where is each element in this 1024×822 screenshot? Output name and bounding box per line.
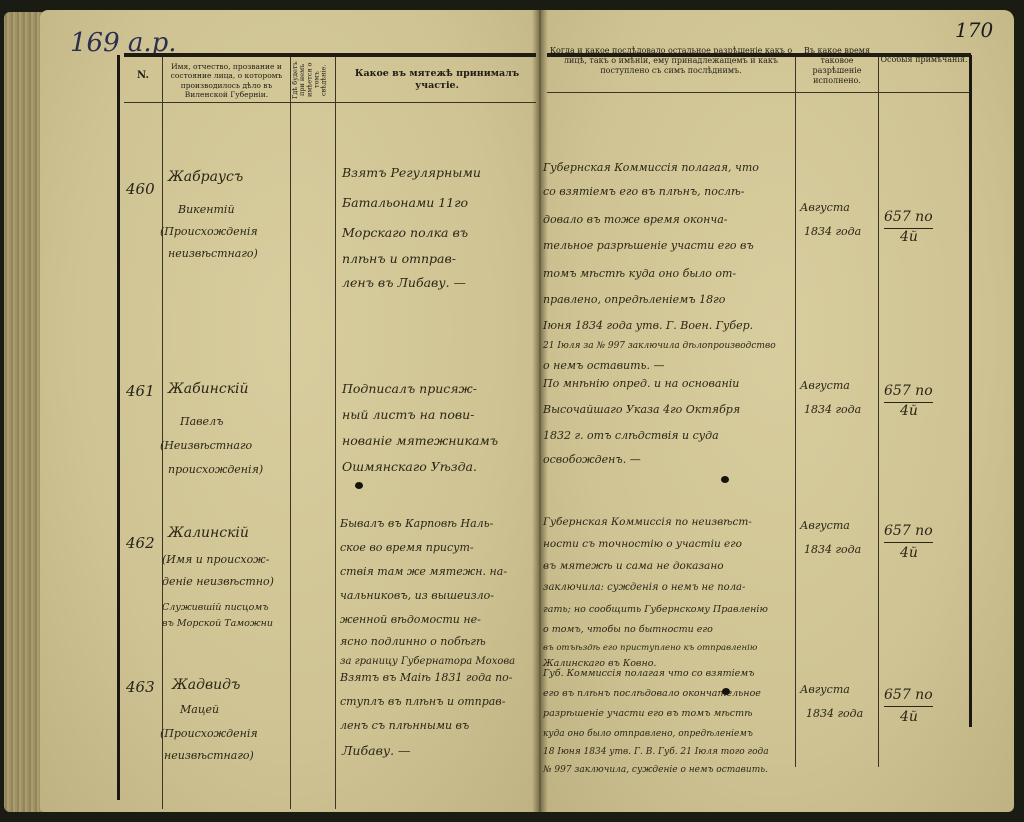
participation-line: ный листъ на пови-: [342, 404, 474, 426]
participation-line: ское во время присут-: [340, 538, 474, 558]
participation-line: Морскаго полка въ: [342, 222, 468, 244]
remark-reference-sub: 4й: [900, 226, 918, 248]
entry-name-line: въ Морской Таможни: [162, 614, 273, 634]
execution-date-line: 1834 года: [804, 400, 861, 420]
resolution-line: Іюня 1834 года утв. Г. Воен. Губер.: [543, 316, 753, 336]
participation-line: нованіе мятежникамъ: [342, 430, 498, 452]
execution-date-line: Августа: [800, 516, 850, 536]
entry-number: 460: [126, 178, 155, 200]
column-rule: [290, 57, 291, 809]
entry-name-line: неизвѣстнаго): [164, 746, 254, 766]
entry-name-line: Мацей: [180, 700, 219, 720]
participation-line: Батальонами 11го: [342, 192, 468, 214]
remark-reference-sub: 4й: [900, 706, 918, 728]
entry-number: 463: [126, 676, 155, 698]
header-number: N.: [124, 70, 162, 83]
execution-date-line: 1834 года: [806, 704, 863, 724]
resolution-line: довало въ тоже время оконча-: [543, 210, 728, 230]
resolution-line: заключила: сужденія о немъ не пола-: [543, 578, 745, 598]
participation-line: ленъ въ Либаву. —: [342, 272, 466, 294]
header-participation: Какое въ мятежѣ принималъ участіе.: [338, 68, 536, 92]
participation-line: Ошмянскаго Уѣзда.: [342, 456, 477, 478]
entry-name-line: (Имя и происхож-: [162, 550, 269, 570]
entry-number: 462: [126, 532, 155, 554]
resolution-line: о томъ, чтобы по бытности его: [543, 620, 713, 640]
right-margin-rule: [969, 55, 972, 727]
resolution-line: о немъ оставить. —: [543, 356, 665, 376]
column-rule: [795, 57, 796, 767]
participation-line: Взятъ въ Маіѣ 1831 года по-: [340, 668, 513, 688]
header-name: Имя, отчество, прозвание и состояние лиц…: [165, 62, 288, 100]
left-margin-rule: [117, 55, 120, 800]
execution-date-line: Августа: [800, 680, 850, 700]
participation-line: Взятъ Регулярными: [342, 162, 481, 184]
header-executed: Въ какое время таковое разрѣшеніе исполн…: [797, 46, 877, 86]
entry-name-line: (Неизвѣстнаго: [160, 436, 252, 456]
participation-line: плѣнъ и отправ-: [342, 248, 456, 270]
resolution-line: ности съ точностію о участіи его: [543, 534, 742, 554]
participation-line: ступлъ въ плѣнъ и отправ-: [340, 692, 505, 712]
header-resolution: Когда и какое послѣдовало остальное разр…: [548, 46, 794, 76]
entry-name-line: Павелъ: [180, 412, 223, 432]
resolution-line: томъ мѣстѣ куда оно было от-: [543, 264, 736, 284]
resolution-line: разрѣшеніе участи его въ томъ мѣстѣ: [543, 704, 752, 724]
ink-blot: [722, 688, 730, 695]
header-where-now: Гдѣ будетъ при немъ имѣется о томъ свѣдѣ…: [292, 60, 334, 100]
resolution-line: освобожденъ. —: [543, 450, 641, 470]
entry-name-line: Викентій: [178, 200, 235, 220]
entry-name-line: Жалинскій: [168, 522, 249, 544]
resolution-line: со взятіемъ его въ плѣнъ, послѣ-: [543, 182, 744, 202]
participation-line: ленъ съ плѣнными въ: [340, 716, 469, 736]
column-rule: [335, 57, 336, 809]
resolution-line: 21 Іюля за № 997 заключила дѣлопроизводс…: [543, 336, 776, 356]
resolution-line: гать; но сообщить Губернскому Правленію: [543, 600, 768, 620]
column-rule: [162, 57, 163, 809]
execution-date-line: 1834 года: [804, 540, 861, 560]
entry-name-line: Жабинскій: [168, 378, 249, 400]
folio-number-right: 170: [955, 18, 993, 42]
remark-reference-sub: 4й: [900, 542, 918, 564]
entry-name-line: неизвѣстнаго): [168, 244, 258, 264]
participation-line: Бывалъ въ Карповѣ Наль-: [340, 514, 493, 534]
remark-reference: 657 по: [884, 684, 933, 707]
header-remarks: Особыя примѣчанія.: [880, 55, 968, 65]
remark-reference-sub: 4й: [900, 400, 918, 422]
resolution-line: правлено, опредѣленіемъ 18го: [543, 290, 725, 310]
open-ledger-book: 169 a.p. 170 N. Имя, отчество, прозвание…: [0, 0, 1024, 822]
entry-name-line: Жадвидъ: [172, 674, 240, 696]
participation-line: женной вѣдомости не-: [340, 610, 481, 630]
page-edges: [4, 12, 44, 812]
entry-name-line: (Происхожденія: [160, 222, 258, 242]
execution-date-line: Августа: [800, 198, 850, 218]
resolution-line: Губ. Коммиссія полагая что со взятіемъ: [543, 664, 755, 684]
participation-line: ствія там же мятежн. на-: [340, 562, 507, 582]
resolution-line: въ мятежѣ и сама не доказано: [543, 556, 724, 576]
execution-date-line: Августа: [800, 376, 850, 396]
resolution-line: Губернская Коммиссія полагая, что: [543, 158, 759, 178]
ink-blot: [721, 476, 729, 483]
participation-line: чальниковъ, из вышеизло-: [340, 586, 494, 606]
resolution-line: Высочайшаго Указа 4го Октября: [543, 400, 740, 420]
participation-line: ясно подлинно о побѣгѣ: [340, 632, 486, 652]
resolution-line: тельное разрѣшеніе участи его въ: [543, 236, 754, 256]
header-bottom-rule-right: [547, 92, 971, 93]
resolution-line: 18 Іюня 1834 утв. Г. В. Губ. 21 Іюля тог…: [543, 742, 769, 762]
entry-name-line: Жабраусъ: [168, 166, 243, 188]
header-bottom-rule-left: [124, 102, 536, 103]
ink-blot: [355, 482, 363, 489]
participation-line: Либаву. —: [342, 740, 411, 762]
column-rule: [878, 57, 879, 767]
execution-date-line: 1834 года: [804, 222, 861, 242]
participation-line: Подписалъ присяж-: [342, 378, 477, 400]
resolution-line: По мнѣнію опред. и на основаніи: [543, 374, 739, 394]
resolution-line: куда оно было отправлено, опредѣленіемъ: [543, 724, 753, 744]
resolution-line: Губернская Коммиссія по неизвѣст-: [543, 512, 752, 532]
entry-name-line: (Происхожденія: [160, 724, 258, 744]
header-top-rule-left: [124, 53, 536, 57]
resolution-line: № 997 заключила, сужденіе о немъ оставит…: [543, 760, 768, 780]
remark-reference: 657 по: [884, 520, 933, 543]
entry-name-line: происхожденія): [168, 460, 263, 480]
entry-number: 461: [126, 380, 155, 402]
resolution-line: 1832 г. отъ слѣдствія и суда: [543, 426, 719, 446]
entry-name-line: деніе неизвѣстно): [162, 572, 274, 592]
